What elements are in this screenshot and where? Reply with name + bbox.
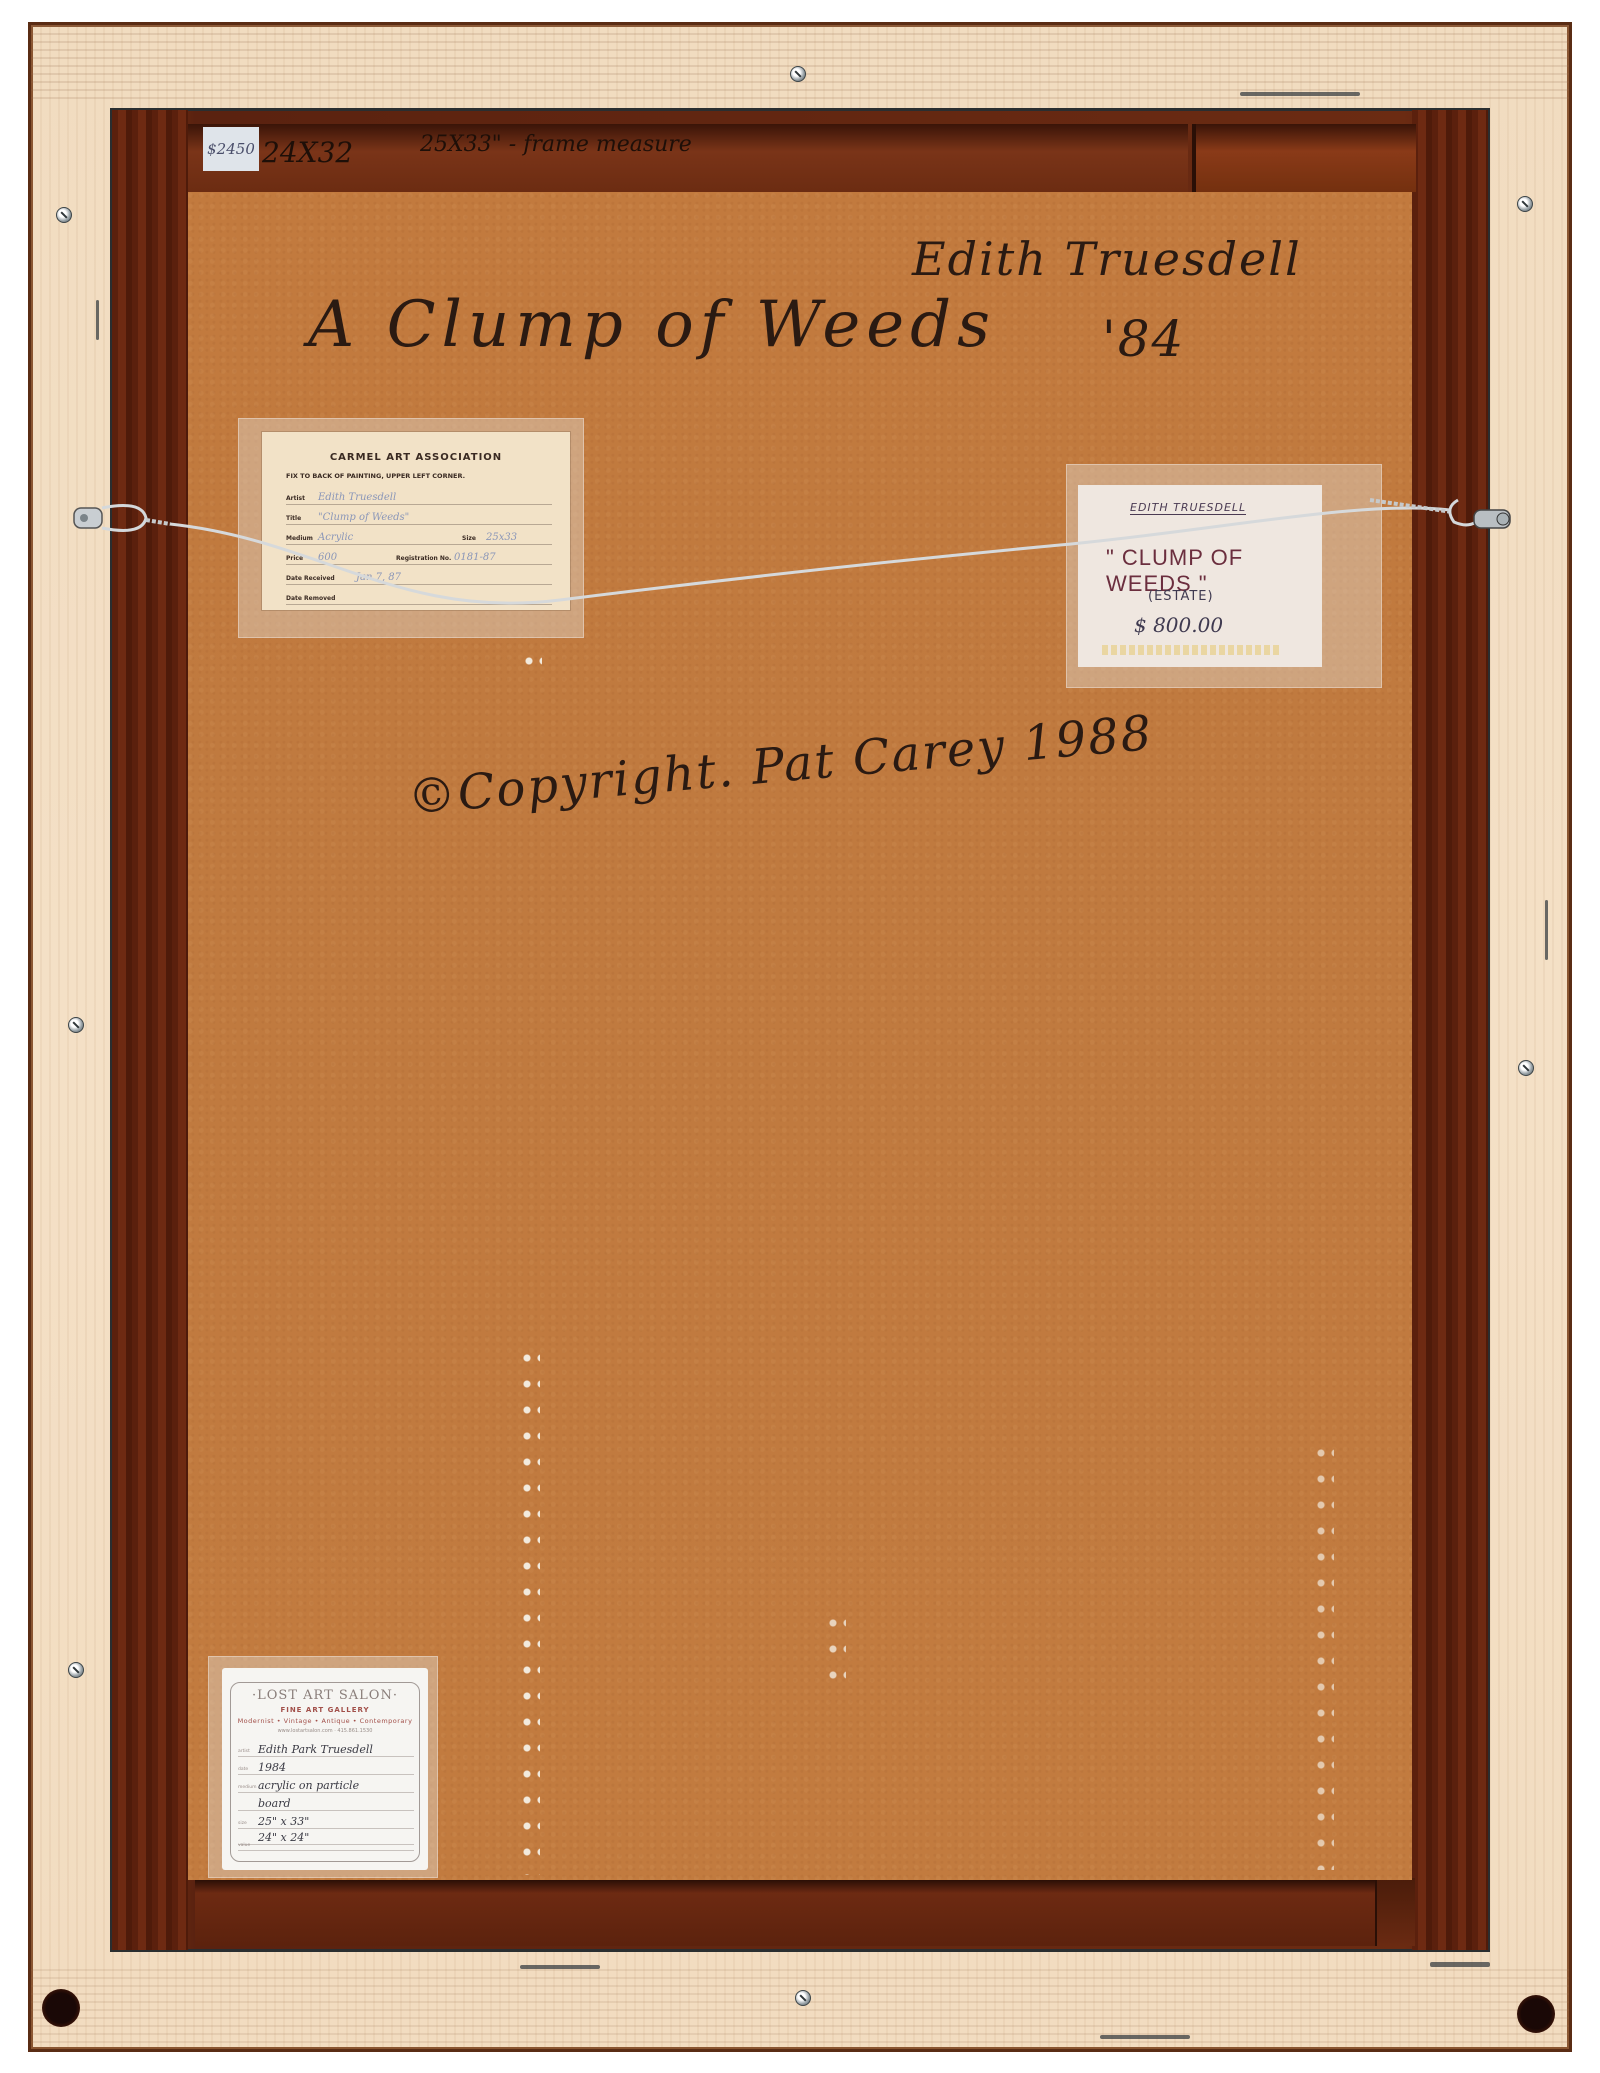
stretcher-corner-block: [1375, 1878, 1415, 1946]
paint-chip: [1240, 92, 1360, 96]
wood-knot: [1517, 1995, 1555, 2033]
label-note: (ESTATE): [1148, 589, 1214, 604]
label-heading: CARMEL ART ASSOCIATION: [262, 452, 570, 463]
screw-icon: [790, 66, 806, 82]
screw-icon: [1517, 196, 1533, 212]
faded-stamp: [1102, 645, 1282, 655]
label-title: " CLUMP OF WEEDS ": [1106, 545, 1322, 597]
glue-dot-column: [520, 1345, 540, 1875]
paint-chip: [1100, 2035, 1190, 2039]
label-row: Price 600 Registration No. 0181-87: [286, 546, 552, 565]
label-row: date 1984: [238, 1758, 414, 1775]
paint-chip: [96, 300, 99, 340]
label-row: Medium Acrylic Size 25x33: [286, 526, 552, 545]
frame-bottom-rail: [31, 1969, 1569, 2049]
label-row: value: [238, 1840, 414, 1851]
frame-measure-note: 25X33" - frame measure: [420, 132, 692, 157]
stretcher-bar-right: [1412, 110, 1488, 1950]
label-row: board: [238, 1794, 414, 1811]
label-row: Date Removed: [286, 586, 552, 605]
glue-dot-column: [1314, 1440, 1334, 1870]
label-row: Title "Clump of Weeds": [286, 506, 552, 525]
label-row: medium acrylic on particle: [238, 1776, 414, 1793]
carmel-art-association-label: CARMEL ART ASSOCIATION FIX TO BACK OF PA…: [262, 432, 570, 610]
gallery-tags: Modernist • Vintage • Antique • Contempo…: [222, 1717, 428, 1725]
label-row: Artist Edith Truesdell: [286, 486, 552, 505]
paint-chip: [1430, 1962, 1490, 1967]
artist-signature: Edith Truesdell: [912, 232, 1302, 286]
label-row: Date Received Jan 7, 87: [286, 566, 552, 585]
price-sticker: $2450: [203, 127, 259, 171]
stretcher-bar-top-right: [1192, 124, 1416, 192]
label-instruction: FIX TO BACK OF PAINTING, UPPER LEFT CORN…: [286, 472, 465, 480]
paint-chip: [1545, 900, 1548, 960]
gallery-subtitle: FINE ART GALLERY: [222, 1706, 428, 1714]
label-row: artist Edith Park Truesdell: [238, 1740, 414, 1757]
size-note: 24X32: [262, 136, 353, 169]
lost-art-salon-label: ·LOST ART SALON· FINE ART GALLERY Modern…: [222, 1668, 428, 1870]
gallery-contact: www.lostartsalon.com · 415.861.1530: [222, 1728, 428, 1734]
label-artist: EDITH TRUESDELL: [1130, 501, 1246, 515]
glue-dot-column: [826, 1610, 846, 1680]
paint-chip: [520, 1965, 600, 1969]
stretcher-bar-left: [112, 110, 188, 1950]
screw-icon: [56, 207, 72, 223]
screw-icon: [795, 1990, 811, 2006]
stretcher-bar-bottom: [195, 1880, 1375, 1946]
painting-year: '84: [1102, 310, 1185, 368]
price-label: EDITH TRUESDELL " CLUMP OF WEEDS " (ESTA…: [1078, 485, 1322, 667]
screw-icon: [68, 1017, 84, 1033]
label-price: $ 800.00: [1134, 613, 1223, 637]
glue-dot-column: [522, 648, 542, 678]
screw-icon: [68, 1662, 84, 1678]
screw-icon: [1518, 1060, 1534, 1076]
wood-knot: [42, 1989, 80, 2027]
label-row: size 25" x 33": [238, 1812, 414, 1829]
gallery-name: ·LOST ART SALON·: [222, 1688, 428, 1703]
painting-title-inscription: A Clump of Weeds: [308, 288, 996, 362]
